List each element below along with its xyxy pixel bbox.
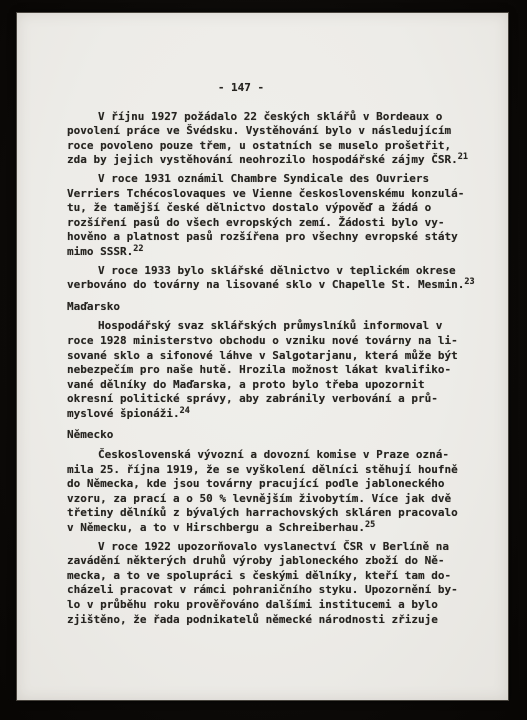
text-line: sované sklo a sifonové láhve v Salgotarj…: [67, 349, 459, 364]
text-line: V roce 1922 upozorňovalo vyslanectví ČSR…: [67, 540, 459, 555]
page-body: V říjnu 1927 požádalo 22 českých sklářů …: [67, 110, 459, 628]
text-line: zda by jejich vystěhování neohrozilo hos…: [67, 153, 459, 168]
text-line: cházeli pracovat v rámci pohraničního st…: [67, 583, 459, 598]
text-line: nebezpečím pro naše hutě. Hrozila možnos…: [67, 363, 459, 378]
footnote-marker: 21: [458, 152, 468, 162]
text-line: tu, že tamější české dělnictvo dostalo v…: [67, 201, 459, 216]
document-page: - 147 - V říjnu 1927 požádalo 22 českých…: [17, 13, 508, 700]
text-line: V říjnu 1927 požádalo 22 českých sklářů …: [67, 110, 459, 125]
text-line: rozšíření pasů do všech evropských zemí.…: [67, 216, 459, 231]
text-line: povolení práce ve Švédsku. Vystěhování b…: [67, 124, 459, 139]
footnote-marker: 22: [133, 244, 143, 254]
page-content: - 147 - V říjnu 1927 požádalo 22 českých…: [67, 81, 459, 627]
text-line: Československá vývozní a dovozní komise …: [67, 448, 459, 463]
page-number: - 147 -: [67, 81, 415, 96]
text-line: Maďarsko: [67, 300, 459, 315]
text-line: hověno a platnost pasů rozšířena pro vše…: [67, 230, 459, 245]
text-line: lo v průběhu roku prověřováno dalšími in…: [67, 598, 459, 613]
text-line: verbováno do továrny na lisované sklo v …: [67, 278, 459, 293]
footnote-marker: 24: [180, 406, 190, 416]
para-france-1931: V roce 1931 oznámil Chambre Syndicale de…: [67, 172, 459, 260]
text-line: roce povoleno pouze třem, u ostatních se…: [67, 139, 459, 154]
text-line: okresní politické správy, aby zabránily …: [67, 392, 459, 407]
text-line: roce 1928 ministerstvo obchodu o vzniku …: [67, 334, 459, 349]
text-line: myslové špionáži.24: [67, 407, 459, 422]
text-line: vzoru, za prací a o 50 % levnějším živob…: [67, 492, 459, 507]
text-line: Německo: [67, 428, 459, 443]
text-line: v Německu, a to v Hirschbergu a Schreibe…: [67, 521, 459, 536]
text-line: vané dělníky do Maďarska, a proto bylo t…: [67, 378, 459, 393]
text-line: mimo SSSR.22: [67, 245, 459, 260]
para-germany-1922: V roce 1922 upozorňovalo vyslanectví ČSR…: [67, 540, 459, 628]
footnote-marker: 23: [464, 277, 474, 287]
para-france-1933: V roce 1933 bylo sklářské dělnictvo v te…: [67, 264, 459, 293]
heading-hungary: Maďarsko: [67, 300, 459, 315]
para-hungary-1928: Hospodářský svaz sklářských průmyslníků …: [67, 319, 459, 421]
text-line: V roce 1933 bylo sklářské dělnictvo v te…: [67, 264, 459, 279]
text-line: zavádění některých druhů výroby jablonec…: [67, 554, 459, 569]
text-line: třetiny dělníků z bývalých harrachovskýc…: [67, 506, 459, 521]
footnote-marker: 25: [365, 520, 375, 530]
text-line: mila 25. října 1919, že se vyškolení děl…: [67, 463, 459, 478]
para-france-1927: V říjnu 1927 požádalo 22 českých sklářů …: [67, 110, 459, 168]
text-line: zjištěno, že řada podnikatelů německé ná…: [67, 613, 459, 628]
text-line: mecka, a to ve spolupráci s českými děln…: [67, 569, 459, 584]
text-line: do Německa, kde jsou továrny pracující p…: [67, 477, 459, 492]
text-line: Verriers Tchécoslovaques ve Vienne česko…: [67, 187, 459, 202]
para-germany-1919: Československá vývozní a dovozní komise …: [67, 448, 459, 536]
heading-germany: Německo: [67, 428, 459, 443]
scan-background: - 147 - V říjnu 1927 požádalo 22 českých…: [0, 0, 527, 720]
text-line: Hospodářský svaz sklářských průmyslníků …: [67, 319, 459, 334]
text-line: V roce 1931 oznámil Chambre Syndicale de…: [67, 172, 459, 187]
